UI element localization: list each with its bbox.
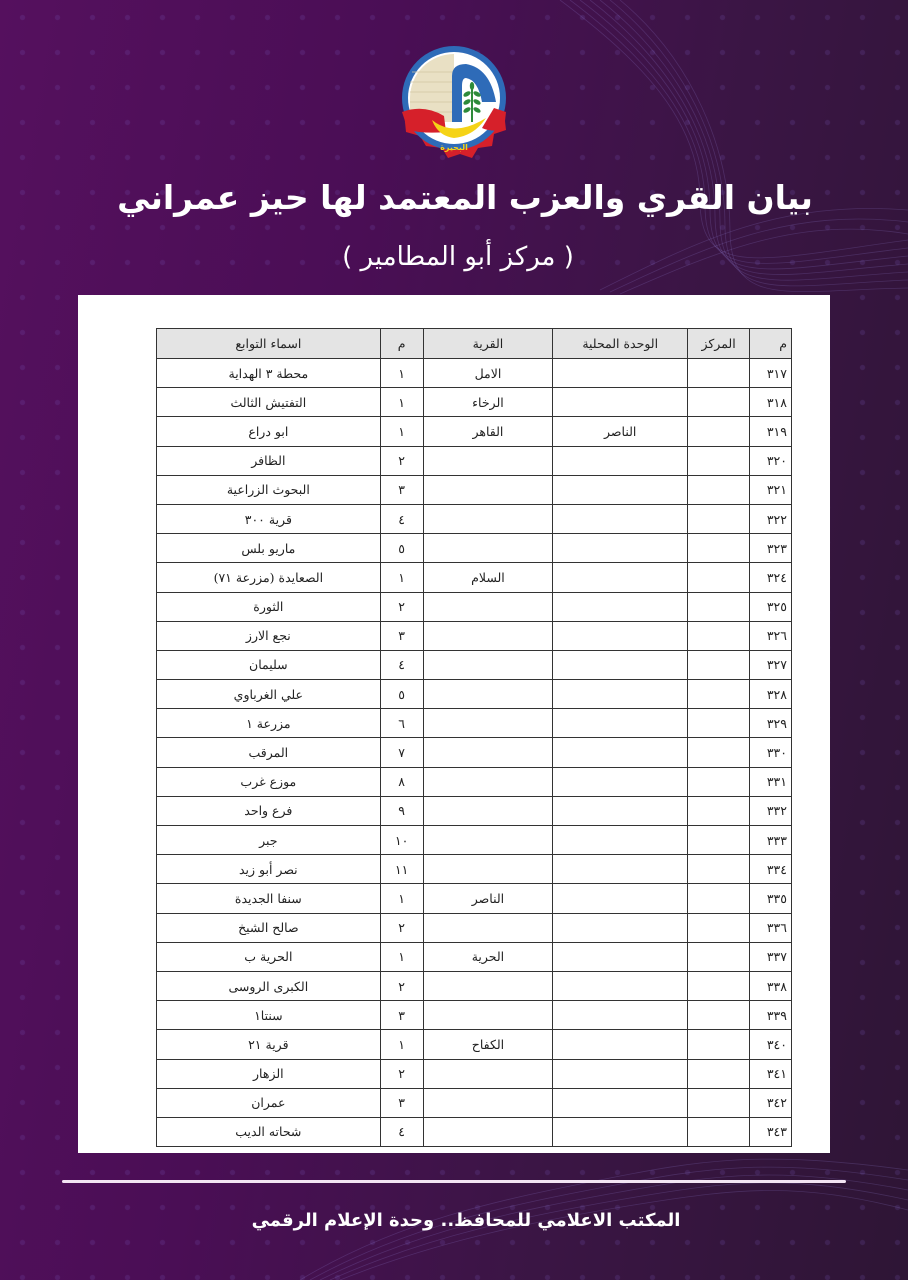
row-sub-index: ١	[380, 563, 423, 592]
table-row: ٣٢١٣البحوث الزراعية	[157, 475, 792, 504]
row-sub-index: ٤	[380, 1117, 423, 1146]
row-sub-index: ٢	[380, 913, 423, 942]
row-village: القاهر	[423, 417, 553, 446]
row-index: ٣٣٠	[750, 738, 792, 767]
row-village: الناصر	[423, 884, 553, 913]
row-village	[423, 534, 553, 563]
table-row: ٣٢٦٣نجع الارز	[157, 621, 792, 650]
row-sub-index: ٢	[380, 1059, 423, 1088]
row-village: الرخاء	[423, 388, 553, 417]
row-center	[688, 826, 750, 855]
row-sub-index: ١	[380, 884, 423, 913]
row-sub-index: ٥	[380, 680, 423, 709]
row-local-unit	[553, 826, 688, 855]
row-center	[688, 592, 750, 621]
row-local-unit	[553, 855, 688, 884]
row-hamlet-name: شحاته الديب	[157, 1117, 381, 1146]
row-sub-index: ٤	[380, 650, 423, 679]
row-center	[688, 446, 750, 475]
row-village	[423, 650, 553, 679]
table-row: ٣١٩الناصرالقاهر١ابو دراع	[157, 417, 792, 446]
row-index: ٣٣١	[750, 767, 792, 796]
row-local-unit	[553, 1088, 688, 1117]
table-row: ٣٣٧الحرية١الحرية ب	[157, 942, 792, 971]
row-center	[688, 475, 750, 504]
footer-credit: المكتب الاعلامي للمحافظ.. وحدة الإعلام ا…	[0, 1210, 908, 1231]
row-sub-index: ٢	[380, 592, 423, 621]
row-center	[688, 388, 750, 417]
row-local-unit	[553, 767, 688, 796]
row-sub-index: ٩	[380, 796, 423, 825]
row-local-unit	[553, 1030, 688, 1059]
row-sub-index: ١	[380, 1030, 423, 1059]
row-index: ٣٢٦	[750, 621, 792, 650]
table-row: ٣٢٤السلام١الصعايدة (مزرعة ٧١)	[157, 563, 792, 592]
row-local-unit	[553, 738, 688, 767]
table-row: ٣٣٠٧المرقب	[157, 738, 792, 767]
row-center	[688, 534, 750, 563]
table-row: ٣١٨الرخاء١التفتيش الثالث	[157, 388, 792, 417]
table-row: ٣٣٤١١نصر أبو زيد	[157, 855, 792, 884]
row-index: ٣٢٥	[750, 592, 792, 621]
row-local-unit	[553, 621, 688, 650]
row-hamlet-name: علي الغرباوي	[157, 680, 381, 709]
page-title: بيان القري والعزب المعتمد لها حيز عمراني	[0, 178, 908, 217]
row-center	[688, 417, 750, 446]
row-center	[688, 738, 750, 767]
row-center	[688, 913, 750, 942]
row-hamlet-name: مزرعة ١	[157, 709, 381, 738]
row-sub-index: ٣	[380, 1088, 423, 1117]
row-center	[688, 1117, 750, 1146]
row-local-unit	[553, 650, 688, 679]
row-village	[423, 592, 553, 621]
row-index: ٣١٩	[750, 417, 792, 446]
table-row: ٣٢٥٢الثورة	[157, 592, 792, 621]
header-index: م	[750, 329, 792, 359]
row-hamlet-name: الزهار	[157, 1059, 381, 1088]
row-center	[688, 767, 750, 796]
row-center	[688, 563, 750, 592]
row-hamlet-name: ماريو بلس	[157, 534, 381, 563]
row-village	[423, 680, 553, 709]
row-hamlet-name: الظافر	[157, 446, 381, 475]
table-panel: م المركز الوحدة المحلية القرية م اسماء ا…	[78, 295, 830, 1153]
row-center	[688, 1001, 750, 1030]
row-sub-index: ٣	[380, 621, 423, 650]
row-village: الكفاح	[423, 1030, 553, 1059]
row-index: ٣٤٠	[750, 1030, 792, 1059]
row-local-unit	[553, 884, 688, 913]
row-index: ٣٣٨	[750, 971, 792, 1000]
row-center	[688, 504, 750, 533]
footer-divider	[62, 1180, 846, 1183]
row-index: ٣٣٥	[750, 884, 792, 913]
row-local-unit	[553, 359, 688, 388]
row-center	[688, 359, 750, 388]
table-row: ٣٣٣١٠جبر	[157, 826, 792, 855]
row-center	[688, 855, 750, 884]
row-village	[423, 504, 553, 533]
row-sub-index: ١٠	[380, 826, 423, 855]
row-hamlet-name: سنفا الجديدة	[157, 884, 381, 913]
row-index: ٣٣٤	[750, 855, 792, 884]
row-index: ٣١٧	[750, 359, 792, 388]
row-hamlet-name: ابو دراع	[157, 417, 381, 446]
row-index: ٣٤١	[750, 1059, 792, 1088]
row-sub-index: ١	[380, 359, 423, 388]
row-local-unit	[553, 446, 688, 475]
row-village: الحرية	[423, 942, 553, 971]
row-village	[423, 913, 553, 942]
row-sub-index: ١	[380, 388, 423, 417]
table-header-row: م المركز الوحدة المحلية القرية م اسماء ا…	[157, 329, 792, 359]
row-hamlet-name: موزع غرب	[157, 767, 381, 796]
row-index: ٣٢٤	[750, 563, 792, 592]
table-row: ٣٣٨٢الكبرى الروسى	[157, 971, 792, 1000]
row-village	[423, 446, 553, 475]
table-row: ٣٢٣٥ماريو بلس	[157, 534, 792, 563]
row-index: ٣٤٢	[750, 1088, 792, 1117]
row-sub-index: ٨	[380, 767, 423, 796]
row-hamlet-name: سنتا١	[157, 1001, 381, 1030]
row-local-unit	[553, 913, 688, 942]
row-village	[423, 738, 553, 767]
row-sub-index: ٣	[380, 1001, 423, 1030]
row-village	[423, 1088, 553, 1117]
row-center	[688, 942, 750, 971]
row-hamlet-name: عمران	[157, 1088, 381, 1117]
row-hamlet-name: جبر	[157, 826, 381, 855]
row-local-unit	[553, 942, 688, 971]
page-subtitle: ( مركز أبو المطامير )	[0, 242, 908, 272]
table-row: ٣٤١٢الزهار	[157, 1059, 792, 1088]
row-center	[688, 621, 750, 650]
row-local-unit	[553, 388, 688, 417]
row-center	[688, 796, 750, 825]
table-row: ٣٤٢٣عمران	[157, 1088, 792, 1117]
row-hamlet-name: قرية ٣٠٠	[157, 504, 381, 533]
row-center	[688, 650, 750, 679]
row-index: ٣١٨	[750, 388, 792, 417]
row-village	[423, 826, 553, 855]
table-row: ٣٢٢٤قرية ٣٠٠	[157, 504, 792, 533]
table-row: ٣٣٩٣سنتا١	[157, 1001, 792, 1030]
row-sub-index: ٥	[380, 534, 423, 563]
row-sub-index: ١١	[380, 855, 423, 884]
row-village	[423, 709, 553, 738]
row-sub-index: ٤	[380, 504, 423, 533]
row-local-unit	[553, 1059, 688, 1088]
row-index: ٣٢٢	[750, 504, 792, 533]
row-village: الامل	[423, 359, 553, 388]
table-body: ٣١٧الامل١محطة ٣ الهداية٣١٨الرخاء١التفتيش…	[157, 359, 792, 1147]
header-center: المركز	[688, 329, 750, 359]
row-local-unit	[553, 504, 688, 533]
row-sub-index: ١	[380, 417, 423, 446]
table-row: ٣٢٧٤سليمان	[157, 650, 792, 679]
row-local-unit	[553, 709, 688, 738]
row-village: السلام	[423, 563, 553, 592]
row-index: ٣٢١	[750, 475, 792, 504]
header-local-unit: الوحدة المحلية	[553, 329, 688, 359]
row-village	[423, 1117, 553, 1146]
row-village	[423, 1001, 553, 1030]
row-sub-index: ١	[380, 942, 423, 971]
row-hamlet-name: المرقب	[157, 738, 381, 767]
svg-text:البحيرة: البحيرة	[440, 143, 468, 152]
row-center	[688, 1030, 750, 1059]
row-local-unit	[553, 1001, 688, 1030]
table-row: ٣٢٠٢الظافر	[157, 446, 792, 475]
row-hamlet-name: نجع الارز	[157, 621, 381, 650]
row-hamlet-name: فرع واحد	[157, 796, 381, 825]
row-index: ٣٢٨	[750, 680, 792, 709]
row-village	[423, 855, 553, 884]
row-hamlet-name: سليمان	[157, 650, 381, 679]
row-center	[688, 971, 750, 1000]
row-hamlet-name: الحرية ب	[157, 942, 381, 971]
row-index: ٣٤٣	[750, 1117, 792, 1146]
table-row: ٣٢٩٦مزرعة ١	[157, 709, 792, 738]
row-index: ٣٣٣	[750, 826, 792, 855]
table-row: ٣٣٥الناصر١سنفا الجديدة	[157, 884, 792, 913]
table-row: ٣٣٢٩فرع واحد	[157, 796, 792, 825]
row-index: ٣٢٠	[750, 446, 792, 475]
row-sub-index: ٢	[380, 446, 423, 475]
table-row: ٣١٧الامل١محطة ٣ الهداية	[157, 359, 792, 388]
row-index: ٣٢٣	[750, 534, 792, 563]
row-local-unit	[553, 534, 688, 563]
row-hamlet-name: نصر أبو زيد	[157, 855, 381, 884]
row-hamlet-name: الكبرى الروسى	[157, 971, 381, 1000]
row-local-unit	[553, 680, 688, 709]
row-local-unit	[553, 971, 688, 1000]
header-sub-index: م	[380, 329, 423, 359]
row-local-unit	[553, 1117, 688, 1146]
row-local-unit	[553, 592, 688, 621]
row-index: ٣٣٧	[750, 942, 792, 971]
row-village	[423, 475, 553, 504]
row-sub-index: ٢	[380, 971, 423, 1000]
row-village	[423, 1059, 553, 1088]
row-center	[688, 680, 750, 709]
row-village	[423, 621, 553, 650]
header-village: القرية	[423, 329, 553, 359]
row-index: ٣٣٢	[750, 796, 792, 825]
row-village	[423, 796, 553, 825]
row-center	[688, 884, 750, 913]
row-hamlet-name: صالح الشيخ	[157, 913, 381, 942]
row-village	[423, 767, 553, 796]
row-hamlet-name: محطة ٣ الهداية	[157, 359, 381, 388]
table-row: ٣٣١٨موزع غرب	[157, 767, 792, 796]
table-row: ٣٢٨٥علي الغرباوي	[157, 680, 792, 709]
row-index: ٣٢٧	[750, 650, 792, 679]
row-hamlet-name: البحوث الزراعية	[157, 475, 381, 504]
row-index: ٣٣٩	[750, 1001, 792, 1030]
table-row: ٣٣٦٢صالح الشيخ	[157, 913, 792, 942]
row-hamlet-name: التفتيش الثالث	[157, 388, 381, 417]
row-local-unit	[553, 563, 688, 592]
row-index: ٣٢٩	[750, 709, 792, 738]
row-hamlet-name: الثورة	[157, 592, 381, 621]
governorate-logo: البحيرة	[394, 42, 514, 162]
row-center	[688, 709, 750, 738]
row-sub-index: ٧	[380, 738, 423, 767]
row-index: ٣٣٦	[750, 913, 792, 942]
row-sub-index: ٦	[380, 709, 423, 738]
table-row: ٣٤٣٤شحاته الديب	[157, 1117, 792, 1146]
row-hamlet-name: قرية ٢١	[157, 1030, 381, 1059]
row-local-unit: الناصر	[553, 417, 688, 446]
header-hamlet-names: اسماء التوابع	[157, 329, 381, 359]
table-row: ٣٤٠الكفاح١قرية ٢١	[157, 1030, 792, 1059]
row-center	[688, 1088, 750, 1117]
row-local-unit	[553, 475, 688, 504]
row-local-unit	[553, 796, 688, 825]
row-hamlet-name: الصعايدة (مزرعة ٧١)	[157, 563, 381, 592]
row-center	[688, 1059, 750, 1088]
row-village	[423, 971, 553, 1000]
villages-table: م المركز الوحدة المحلية القرية م اسماء ا…	[156, 328, 792, 1147]
row-sub-index: ٣	[380, 475, 423, 504]
